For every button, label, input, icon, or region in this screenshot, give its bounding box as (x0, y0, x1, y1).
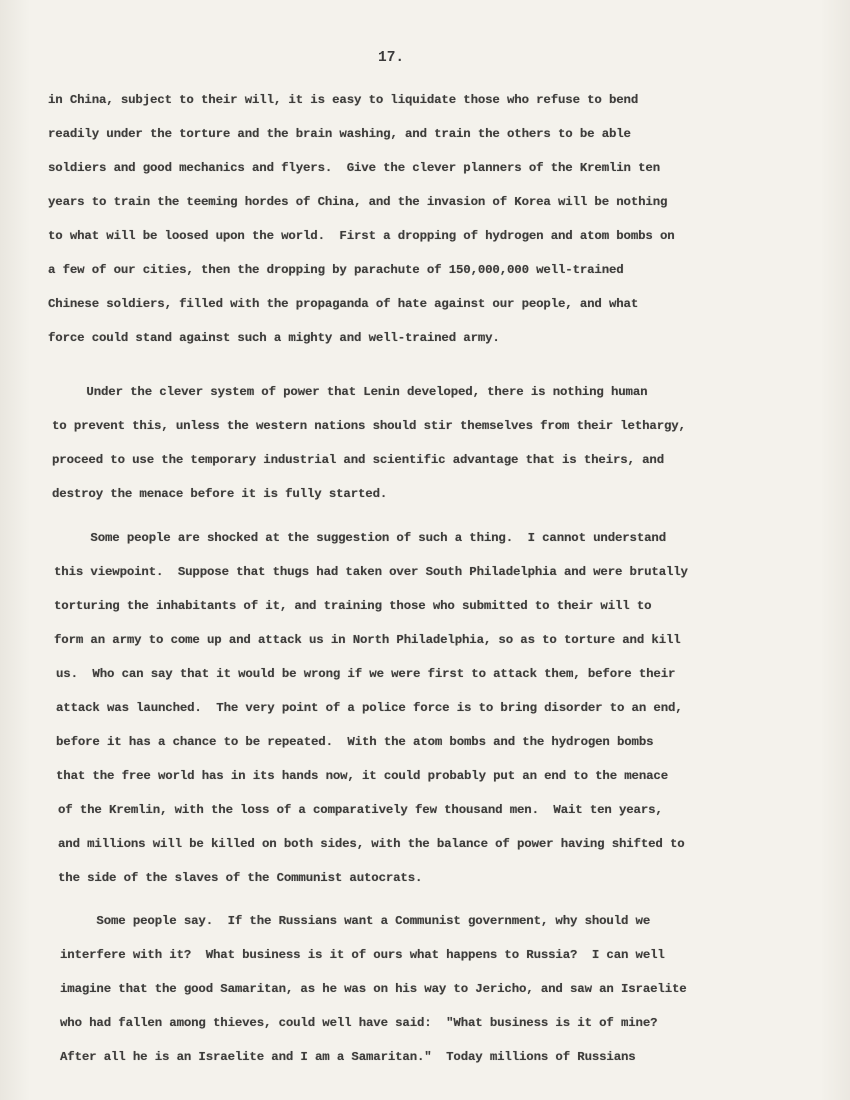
text-line: readily under the torture and the brain … (48, 127, 631, 141)
typed-page: 17. in China, subject to their will, it … (0, 0, 850, 1100)
text-line: destroy the menace before it is fully st… (52, 487, 387, 501)
text-line: Some people say. If the Russians want a … (60, 914, 650, 928)
text-line: Under the clever system of power that Le… (50, 385, 647, 399)
page-number: 17. (378, 50, 404, 66)
text-line: a few of our cities, then the dropping b… (48, 263, 624, 277)
text-line: years to train the teeming hordes of Chi… (48, 195, 667, 209)
text-line: to prevent this, unless the western nati… (52, 419, 686, 433)
text-line: us. Who can say that it would be wrong i… (56, 667, 675, 681)
text-line: Chinese soldiers, filled with the propag… (48, 297, 638, 311)
text-line: to what will be loosed upon the world. F… (48, 229, 675, 243)
text-line: this viewpoint. Suppose that thugs had t… (54, 565, 688, 579)
text-line: in China, subject to their will, it is e… (48, 93, 638, 107)
text-line: imagine that the good Samaritan, as he w… (60, 982, 687, 996)
text-line: interfere with it? What business is it o… (60, 948, 665, 962)
text-line: torturing the inhabitants of it, and tra… (54, 599, 651, 613)
text-line: attack was launched. The very point of a… (56, 701, 683, 715)
text-line: that the free world has in its hands now… (56, 769, 668, 783)
text-line: Some people are shocked at the suggestio… (54, 531, 666, 545)
text-line: force could stand against such a mighty … (48, 331, 500, 345)
text-line: before it has a chance to be repeated. W… (56, 735, 653, 749)
text-line: After all he is an Israelite and I am a … (60, 1050, 636, 1064)
text-line: soldiers and good mechanics and flyers. … (48, 161, 660, 175)
text-line: and millions will be killed on both side… (58, 837, 685, 851)
text-line: proceed to use the temporary industrial … (52, 453, 664, 467)
text-line: the side of the slaves of the Communist … (58, 871, 422, 885)
text-line: who had fallen among thieves, could well… (60, 1016, 657, 1030)
text-line: form an army to come up and attack us in… (54, 633, 681, 647)
text-line: of the Kremlin, with the loss of a compa… (58, 803, 663, 817)
